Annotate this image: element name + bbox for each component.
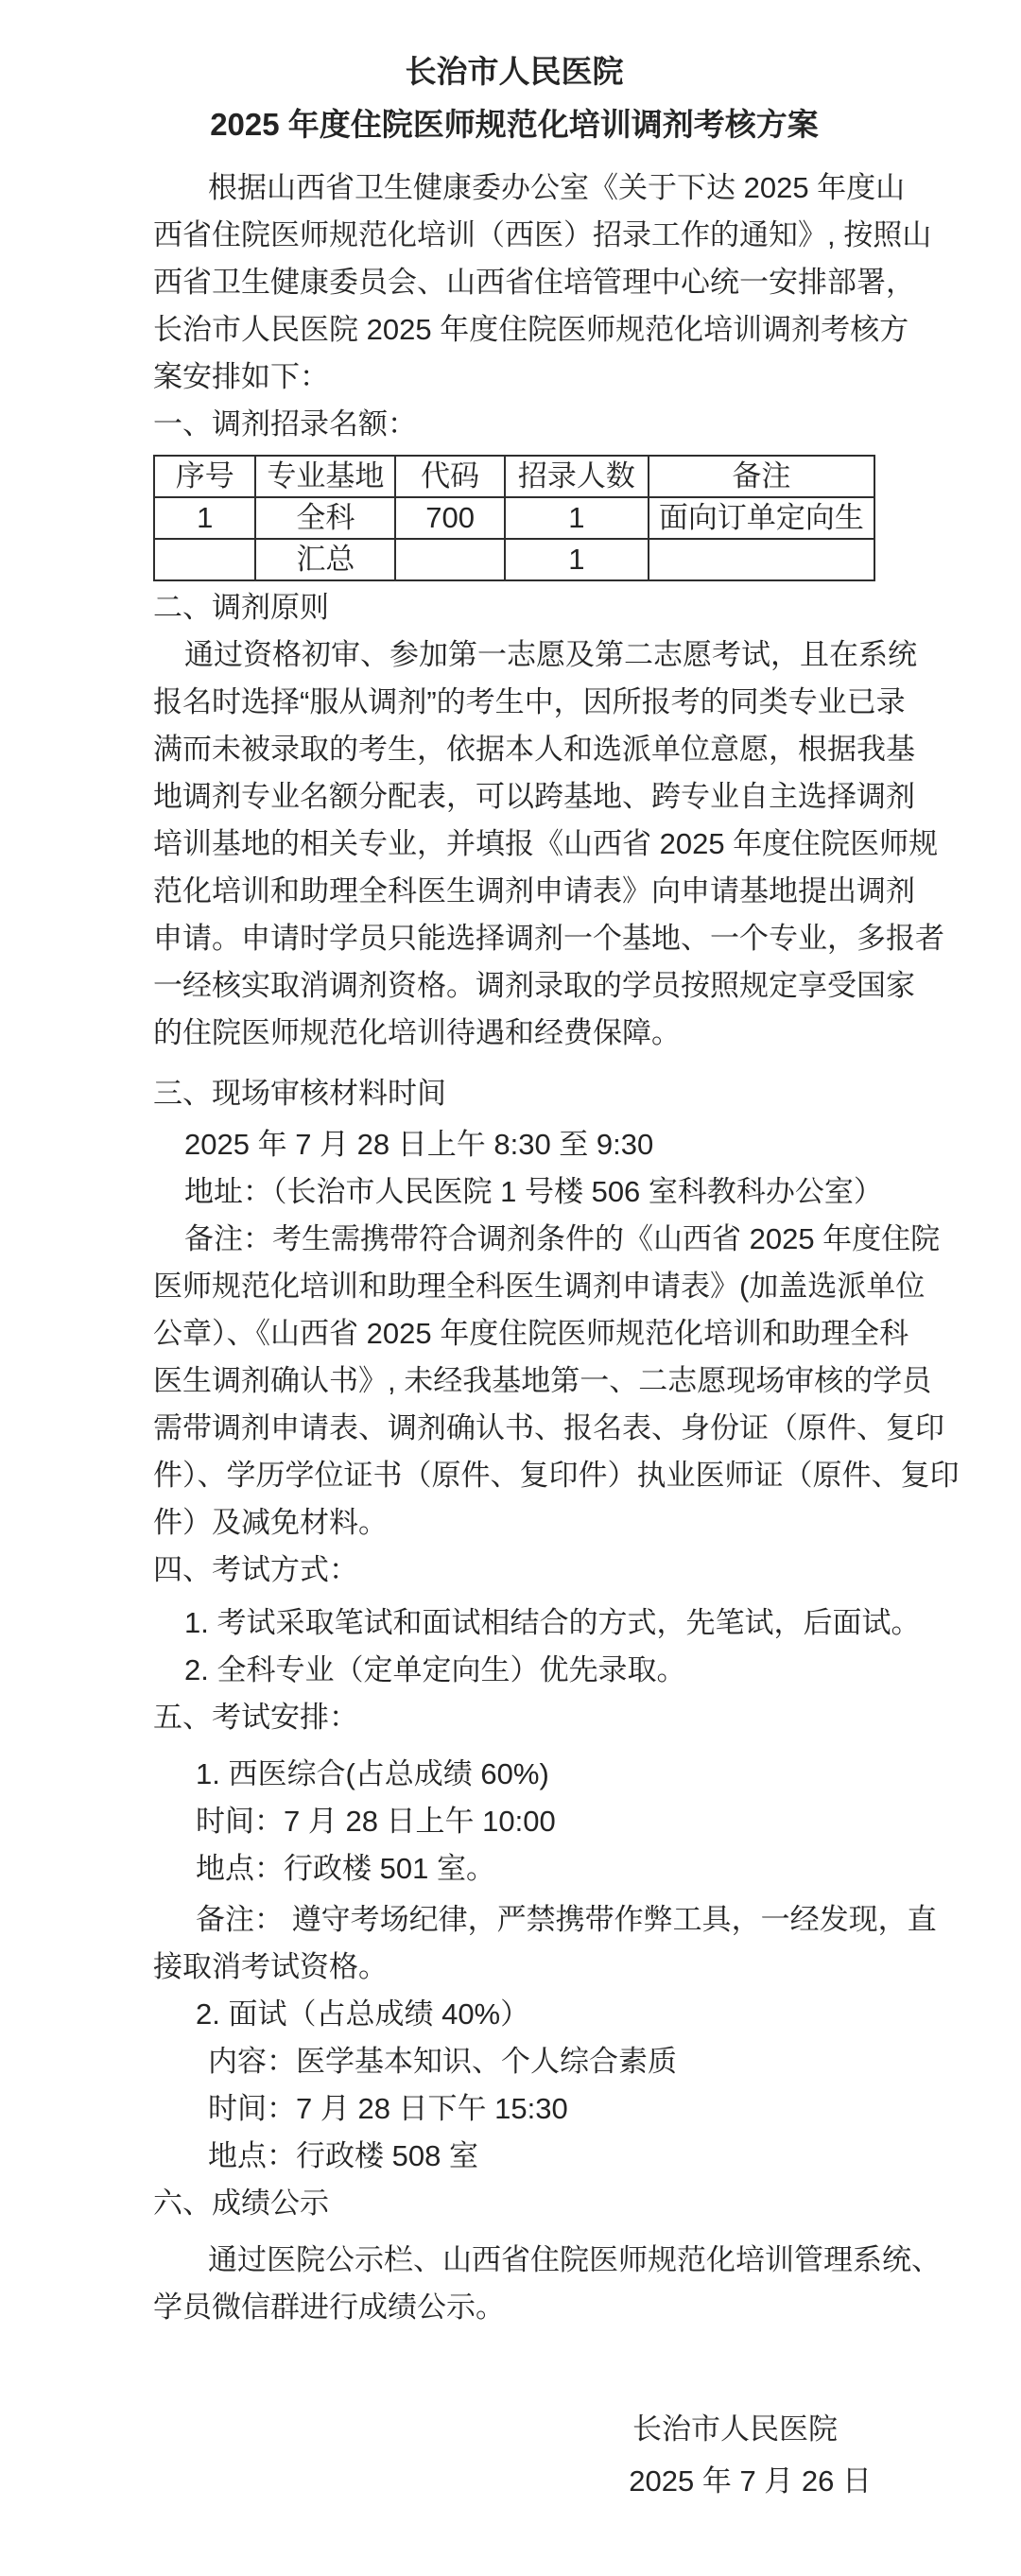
section-1-heading: 一、调剂招录名额： <box>153 401 875 448</box>
table-header-row: 序号 专业基地 代码 招录人数 备注 <box>154 456 874 497</box>
paragraph-line: 一经核实取消调剂资格。调剂录取的学员按照规定享受国家 <box>153 962 875 1010</box>
table-header-cell: 备注 <box>649 456 874 497</box>
table-header-cell: 专业基地 <box>255 456 395 497</box>
detail-line: 内容：医学基本知识、个人综合素质 <box>153 2038 875 2085</box>
table-cell: 1 <box>154 497 255 539</box>
paragraph-line: 备注：考生需携带符合调剂条件的《山西省 2025 年度住院 <box>153 1216 875 1263</box>
table-cell <box>649 539 874 580</box>
signature-date: 2025 年 7 月 26 日 <box>153 2454 875 2509</box>
table-cell: 全科 <box>255 497 395 539</box>
intro-line: 根据山西省卫生健康委办公室《关于下达 2025 年度山 <box>153 164 875 212</box>
detail-line: 地点：行政楼 508 室 <box>153 2133 875 2180</box>
paragraph-line: 件）、学历学位证书（原件、复印件）执业医师证（原件、复印 <box>153 1452 875 1499</box>
table-cell: 1 <box>505 539 649 580</box>
paragraph-line: 通过医院公示栏、山西省住院医师规范化培训管理系统、 <box>153 2237 875 2284</box>
paragraph-line: 申请。申请时学员只能选择调剂一个基地、一个专业，多报者 <box>153 915 875 962</box>
table-header-cell: 代码 <box>395 456 505 497</box>
table-cell <box>154 539 255 580</box>
paragraph-line: 范化培训和助理全科医生调剂申请表》向申请基地提出调剂 <box>153 868 875 915</box>
signature-org: 长治市人民医院 <box>153 2405 875 2454</box>
detail-line: 时间：7 月 28 日上午 10:00 <box>153 1798 875 1845</box>
paragraph-line: 2025 年 7 月 28 日上午 8:30 至 9:30 <box>153 1121 875 1168</box>
document-content: 长治市人民医院 2025 年度住院医师规范化培训调剂考核方案 根据山西省卫生健康… <box>0 0 1021 2509</box>
table-cell: 1 <box>505 497 649 539</box>
paragraph-line: 医师规范化培训和助理全科医生调剂申请表》(加盖选派单位 <box>153 1263 875 1310</box>
detail-line: 备注： 遵守考场纪律，严禁携带作弊工具，一经发现，直 <box>153 1896 875 1944</box>
paragraph-line: 医生调剂确认书》, 未经我基地第一、二志愿现场审核的学员 <box>153 1357 875 1405</box>
paragraph-line: 的住院医师规范化培训待遇和经费保障。 <box>153 1010 875 1057</box>
table-cell <box>395 539 505 580</box>
detail-line: 地点：行政楼 501 室。 <box>153 1845 875 1893</box>
table-row: 汇总 1 <box>154 539 874 580</box>
paragraph-line: 学员微信群进行成绩公示。 <box>153 2284 875 2331</box>
paragraph-line: 需带调剂申请表、调剂确认书、报名表、身份证（原件、复印 <box>153 1405 875 1452</box>
intro-line: 长治市人民医院 2025 年度住院医师规范化培训调剂考核方 <box>153 306 875 354</box>
list-item-line: 2. 面试（占总成绩 40%） <box>153 1991 875 2038</box>
table-cell: 汇总 <box>255 539 395 580</box>
table-cell: 面向订单定向生 <box>649 497 874 539</box>
list-item-line: 1. 考试采取笔试和面试相结合的方式，先笔试，后面试。 <box>153 1599 875 1647</box>
table-row: 1 全科 700 1 面向订单定向生 <box>154 497 874 539</box>
detail-line: 时间：7 月 28 日下午 15:30 <box>153 2085 875 2133</box>
paragraph-line: 件）及减免材料。 <box>153 1499 875 1547</box>
section-6-heading: 六、成绩公示 <box>153 2180 875 2227</box>
section-4-heading: 四、考试方式： <box>153 1547 875 1594</box>
section-3-heading: 三、现场审核材料时间 <box>153 1070 875 1117</box>
intro-line: 西省卫生健康委员会、山西省住培管理中心统一安排部署， <box>153 259 875 306</box>
paragraph-line: 地调剂专业名额分配表，可以跨基地、跨专业自主选择调剂 <box>153 773 875 821</box>
paragraph-line: 通过资格初审、参加第一志愿及第二志愿考试，且在系统 <box>153 631 875 679</box>
paragraph-line: 报名时选择“服从调剂”的考生中，因所报考的同类专业已录 <box>153 679 875 726</box>
paragraph-line: 培训基地的相关专业，并填报《山西省 2025 年度住院医师规 <box>153 821 875 868</box>
intro-line: 西省住院医师规范化培训（西医）招录工作的通知》, 按照山 <box>153 212 875 259</box>
table-header-cell: 招录人数 <box>505 456 649 497</box>
document-page: 长治市人民医院 2025 年度住院医师规范化培训调剂考核方案 根据山西省卫生健康… <box>0 0 1021 2576</box>
list-item-line: 1. 西医综合(占总成绩 60%) <box>153 1751 875 1798</box>
paragraph-line: 公章）、《山西省 2025 年度住院医师规范化培训和助理全科 <box>153 1310 875 1357</box>
paragraph-line: 满而未被录取的考生，依据本人和选派单位意愿，根据我基 <box>153 726 875 773</box>
list-item-line: 2. 全科专业（定单定向生）优先录取。 <box>153 1647 875 1694</box>
table-cell: 700 <box>395 497 505 539</box>
intro-line: 案安排如下： <box>153 354 875 401</box>
section-2-heading: 二、调剂原则 <box>153 584 875 631</box>
detail-line: 接取消考试资格。 <box>153 1944 875 1991</box>
table-header-cell: 序号 <box>154 456 255 497</box>
quota-table: 序号 专业基地 代码 招录人数 备注 1 全科 700 1 面向订单定向生 汇总… <box>153 455 875 581</box>
doc-title: 长治市人民医院 <box>153 45 875 98</box>
paragraph-line: 地址：（长治市人民医院 1 号楼 506 室科教科办公室） <box>153 1168 875 1216</box>
doc-subtitle: 2025 年度住院医师规范化培训调剂考核方案 <box>153 98 875 151</box>
section-5-heading: 五、考试安排： <box>153 1694 875 1741</box>
